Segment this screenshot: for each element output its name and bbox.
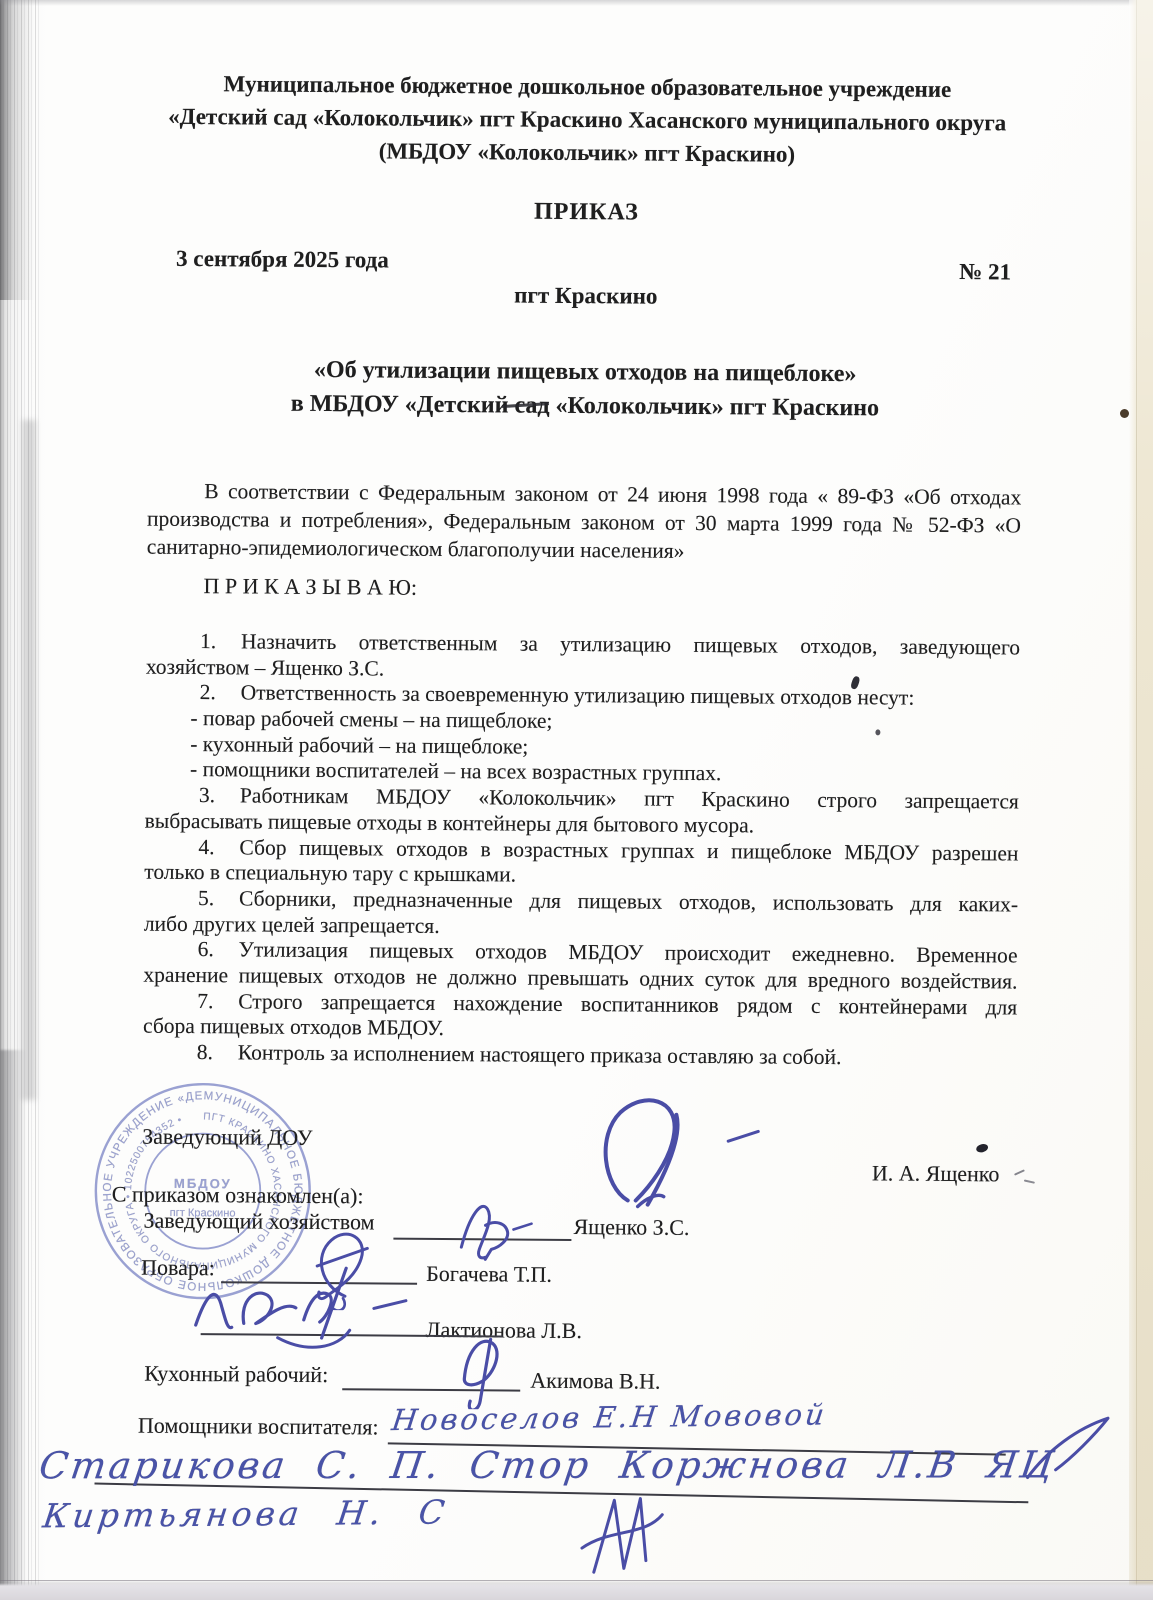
item-text: Утилизация пищевых отходов МБДОУ происхо… (239, 938, 1018, 968)
order-word: П Р И К А З Ы В А Ю: (146, 573, 1077, 606)
handwritten-names-line2: Старикова С. П. Стор Коржнова Л.В ЯЦ (37, 1443, 1059, 1487)
assistants-label: Помощники воспитателя: (138, 1413, 379, 1441)
ink-speck (875, 729, 880, 735)
item-text: выбрасывать пищевые отходы в контейнеры … (145, 808, 755, 837)
item-text: Назначить ответственным за утилизацию пи… (241, 629, 1020, 659)
signature-flourish (566, 1488, 677, 1581)
order-items: 1.Назначить ответственным за утилизацию … (143, 629, 1020, 1073)
item-number: 5. (144, 885, 239, 911)
document-content: Муниципальное бюджетное дошкольное образ… (0, 0, 1153, 1600)
order-subject: «Об утилизации пищевых отходов на пищебл… (148, 352, 1023, 427)
scan-edge-left-dark (0, 0, 40, 300)
issue-place: пгт Краскино (149, 280, 1023, 313)
subject-line2: в МБДОУ «Детский сад «Колокольчик» пгт К… (148, 386, 1022, 427)
item-text: только в специальную тару с крышками. (144, 860, 516, 887)
handwritten-names-line1: Новоселов Е.Н Мововой (390, 1397, 829, 1437)
item-text: Сбор пищевых отходов в возрастных группа… (239, 835, 1018, 865)
item-number: 6. (144, 937, 239, 963)
director-name: И. А. Ященко (872, 1160, 1000, 1187)
org-name-line2: «Детский сад «Колокольчик» пгт Краскино … (150, 100, 1024, 140)
item-text: Контроль за исполнением настоящего прика… (238, 1040, 842, 1069)
scan-edge-top (0, 0, 1153, 6)
item-8-line-1: 8.Контроль за исполнением настоящего при… (143, 1040, 1017, 1073)
kitchen-worker-name: Акимова В.Н. (530, 1368, 660, 1395)
item-text: Сборники, предназначенные для пищевых от… (239, 886, 1018, 916)
item-text: сбора пищевых отходов МБДОУ. (143, 1014, 444, 1040)
item-number: 2. (146, 680, 241, 706)
handwritten-names-line3: Киртьянова Н. С (41, 1492, 451, 1535)
order-number: № 21 (959, 259, 1023, 286)
signature-director (586, 1088, 787, 1220)
pencil-mark (1024, 1179, 1035, 1183)
org-header: Муниципальное бюджетное дошкольное образ… (150, 67, 1025, 173)
item-text: хозяйством – Ященко З.С. (146, 654, 384, 680)
signature-cook2 (177, 1249, 448, 1361)
date-number-row: 3 сентября 2025 года № 21 (149, 246, 1023, 279)
kitchen-worker-label: Кухонный рабочий: (144, 1361, 328, 1388)
ink-speck (975, 1143, 989, 1154)
scan-edge-left-streak (22, 420, 36, 1100)
item-number: 8. (143, 1040, 238, 1066)
pencil-mark (1014, 1169, 1025, 1175)
item-text: Ответственность за своевременную утилиза… (241, 681, 915, 710)
item-number: 3. (145, 783, 240, 809)
acknowledgement-label: С приказом ознакомлен(а): (112, 1181, 364, 1209)
item-number: 7. (143, 988, 238, 1014)
item-text: Работникам МБДОУ «Колокольчик» пгт Краск… (240, 783, 1019, 813)
signature-zavhoz (433, 1185, 544, 1262)
org-name-line3: (МБДОУ «Колокольчик» пгт Краскино) (150, 133, 1024, 173)
doc-type-title: ПРИКАЗ (149, 196, 1023, 230)
item-text: Строго запрещается нахождение воспитанни… (238, 989, 1017, 1019)
item-text: либо других целей запрещается. (144, 911, 440, 937)
preamble-text: В соответствии с Федеральным законом от … (147, 477, 1022, 568)
scanned-order-document: Муниципальное бюджетное дошкольное образ… (0, 0, 1153, 1600)
item-number: 1. (146, 629, 241, 655)
paper-stain (1120, 409, 1129, 418)
signature-kitchen-worker (420, 1317, 541, 1410)
order-date: 3 сентября 2025 года (149, 246, 389, 274)
scan-edge-left-streak (0, 1050, 26, 1600)
director-label: Заведующий ДОУ (142, 1124, 313, 1151)
scan-edge-bottom (0, 1580, 1153, 1600)
scan-edge-right (1129, 0, 1153, 1600)
item-number: 4. (144, 834, 239, 860)
